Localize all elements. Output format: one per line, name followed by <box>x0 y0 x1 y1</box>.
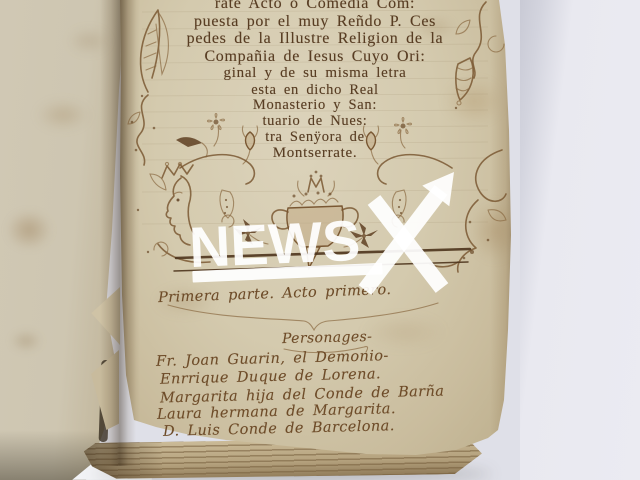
arrow-x-logo-icon <box>359 172 454 295</box>
newsx-watermark: NEWS <box>0 0 640 480</box>
newsx-wordmark: NEWS <box>188 208 383 283</box>
photo-of-manuscript: rate Acto o Comedia Com: puesta por el m… <box>0 0 640 480</box>
